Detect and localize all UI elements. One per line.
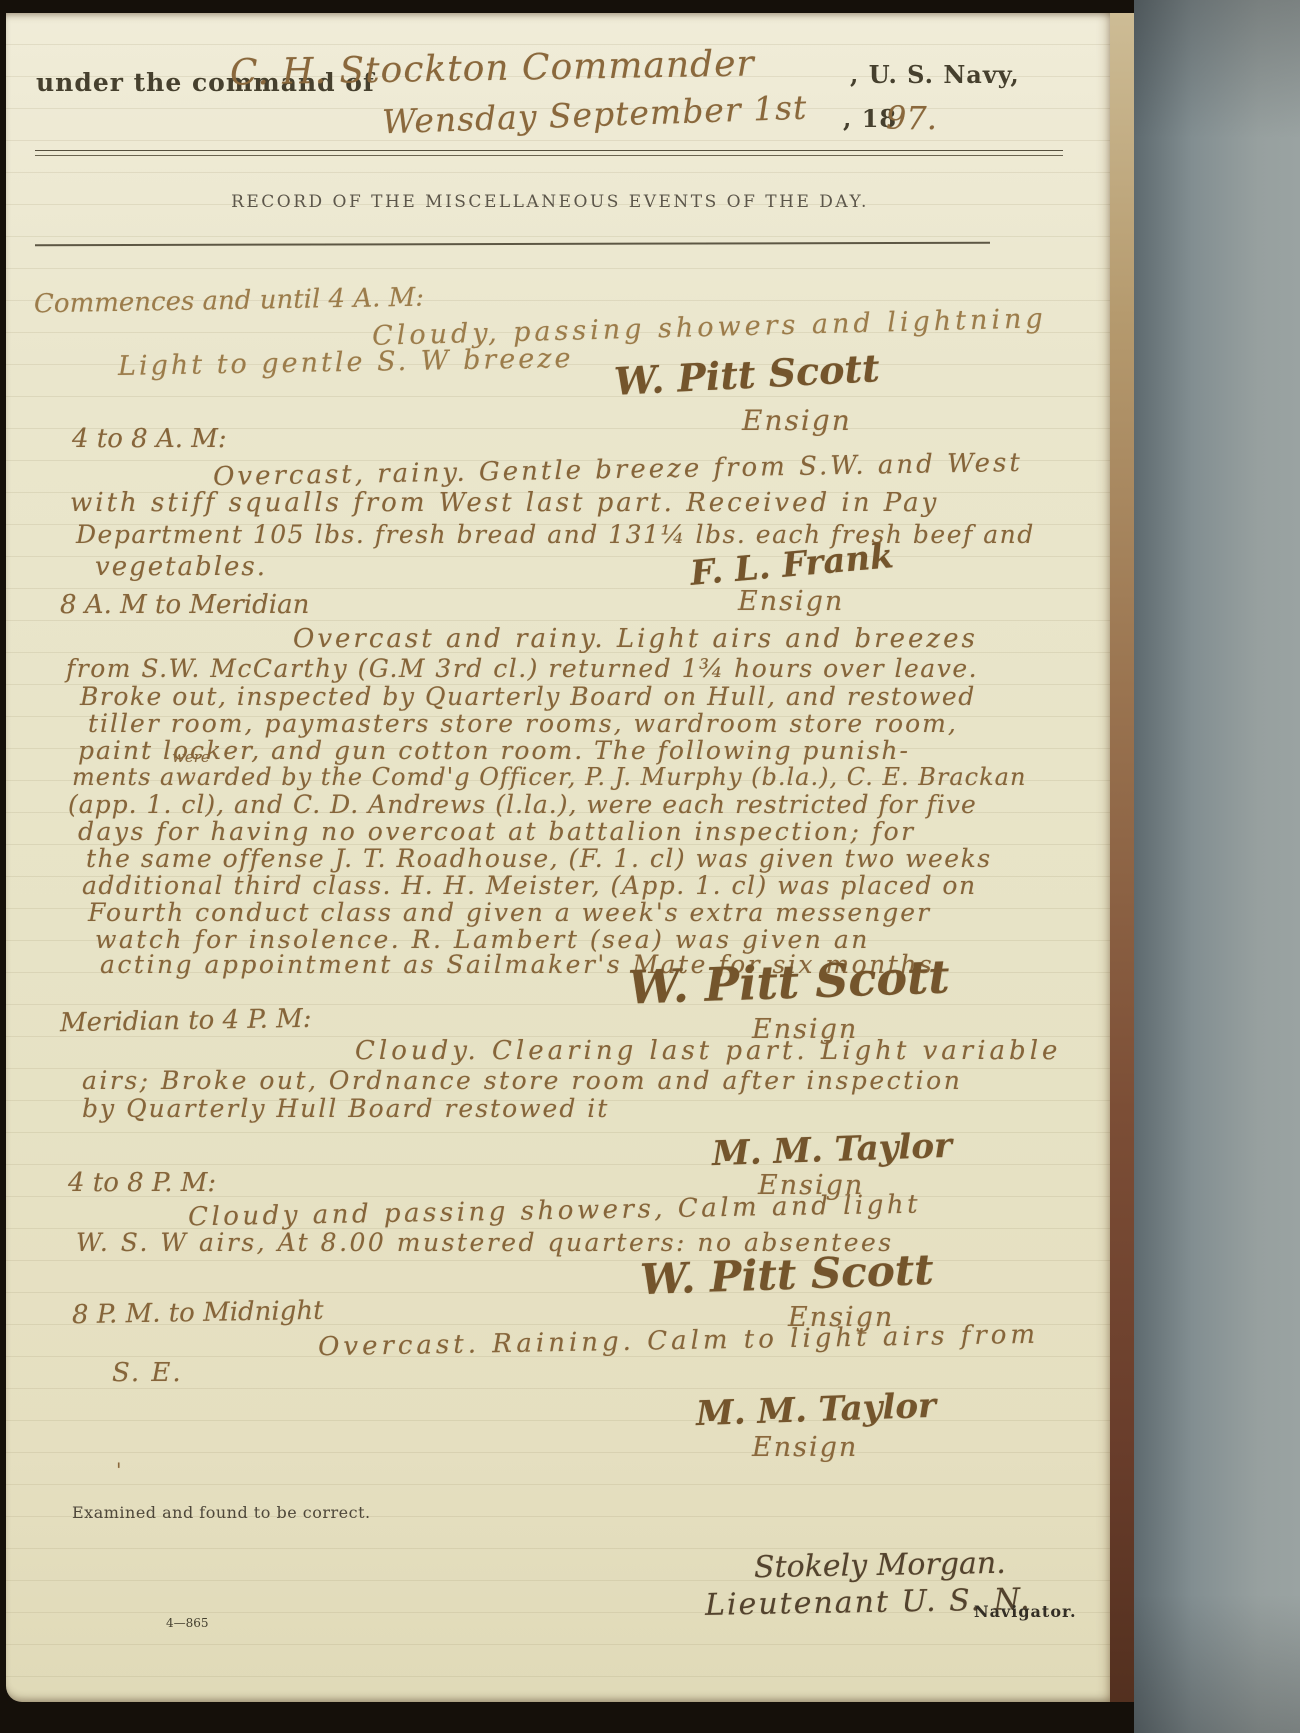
entry-2-line: with stiff squalls from West last part. …: [70, 488, 939, 518]
entry-4-line: by Quarterly Hull Board restowed it: [82, 1094, 609, 1123]
entry-2-rank: Ensign: [738, 586, 844, 617]
entry-4-time-label: Meridian to 4 P. M:: [60, 1004, 312, 1038]
form-number: 4—865: [166, 1616, 209, 1630]
logbook-scan: under the command of C. H. Stockton Comm…: [0, 0, 1300, 1733]
entry-3-signature: W. Pitt Scott: [627, 949, 950, 1014]
entry-3-line: Fourth conduct class and given a week's …: [88, 898, 931, 927]
entry-3-line: from S.W. McCarthy (G.M 3rd cl.) returne…: [66, 654, 978, 683]
scanner-background: [1134, 0, 1300, 1733]
printed-navigator-label: Navigator.: [974, 1602, 1077, 1621]
entry-2-time-label: 4 to 8 A. M:: [72, 424, 227, 454]
entry-6-rank: Ensign: [752, 1432, 858, 1463]
entry-3-line: ments awarded by the Comd'g Officer, P. …: [72, 763, 1026, 791]
entry-3-line: the same offense J. T. Roadhouse, (F. 1.…: [86, 844, 992, 873]
entry-2-line: vegetables.: [95, 552, 267, 582]
entry-3-line: Broke out, inspected by Quarterly Board …: [80, 682, 976, 711]
header-double-rule: [35, 150, 1063, 156]
entry-3-line: Overcast and rainy. Light airs and breez…: [293, 624, 978, 654]
entry-3-line: (app. 1. cl), and C. D. Andrews (l.la.),…: [68, 790, 977, 819]
entry-5-signature: W. Pitt Scott: [639, 1245, 934, 1304]
book-page-edges: [1110, 13, 1135, 1702]
section-title: RECORD OF THE MISCELLANEOUS EVENTS OF TH…: [35, 192, 1065, 212]
entry-3-line: days for having no overcoat at battalion…: [78, 817, 916, 846]
entry-5-time-label: 4 to 8 P. M:: [68, 1168, 216, 1198]
entry-4-line: airs; Broke out, Ordnance store room and…: [82, 1066, 962, 1095]
entry-3-line: tiller room, paymasters store rooms, war…: [88, 709, 958, 738]
navigator-signature: Stokely Morgan.: [754, 1546, 1006, 1585]
entry-4-line: Cloudy. Clearing last part. Light variab…: [355, 1036, 1061, 1066]
entry-3-time-label: 8 A. M to Meridian: [60, 590, 309, 620]
entry-6-time-label: 8 P. M. to Midnight: [72, 1296, 324, 1330]
entry-6-signature: M. M. Taylor: [695, 1386, 936, 1434]
stray-ink-mark: ': [116, 1458, 122, 1482]
printed-us-navy: , U. S. Navy,: [850, 60, 1020, 89]
year-handwritten: 97.: [886, 99, 937, 137]
examined-note-printed: Examined and found to be correct.: [72, 1503, 371, 1522]
entry-1-rank: Ensign: [742, 404, 852, 437]
entry-4-signature: M. M. Taylor: [711, 1126, 952, 1174]
entry-3-line: additional third class. H. H. Meister, (…: [82, 871, 977, 900]
entry-6-line: S. E.: [112, 1358, 183, 1388]
